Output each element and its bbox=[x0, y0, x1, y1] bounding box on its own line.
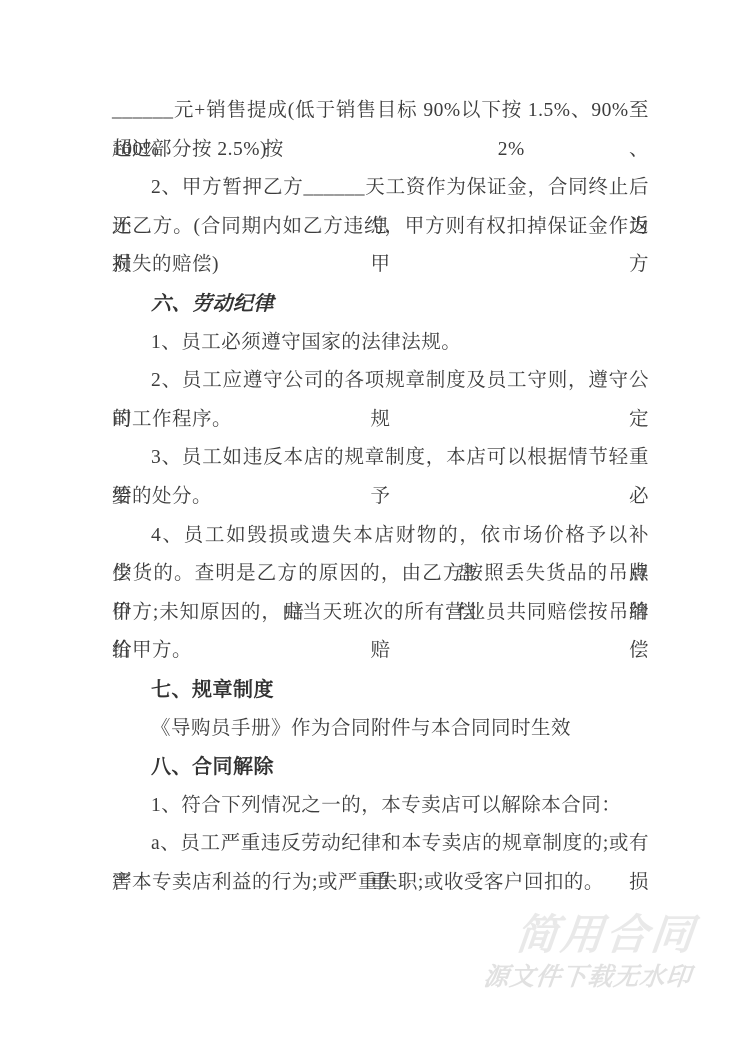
text-line: 2、员工应遵守公司的各项规章制度及员工守则，遵守公司规定 bbox=[112, 362, 649, 401]
section-heading: 六、劳动纪律 bbox=[112, 285, 649, 324]
text-line: 3、员工如违反本店的规章制度，本店可以根据情节轻重给予必 bbox=[112, 439, 649, 478]
watermark: 简用合同 源文件下载无水印 bbox=[482, 912, 698, 992]
paragraph: 3、员工如违反本店的规章制度，本店可以根据情节轻重给予必要的处分。 bbox=[112, 439, 649, 516]
paragraph: 2、员工应遵守公司的各项规章制度及员工守则，遵守公司规定的工作程序。 bbox=[112, 362, 649, 439]
text-line: 1、符合下列情况之一的，本专卖店可以解除本合同： bbox=[112, 787, 649, 826]
paragraph: a、员工严重违反劳动纪律和本专卖店的规章制度的;或有严重损害本专卖店利益的行为;… bbox=[112, 825, 649, 902]
text-line: 2、甲方暂押乙方______天工资作为保证金，合同终止后无息返 bbox=[112, 169, 649, 208]
text-line: 还乙方。(合同期内如乙方违约，甲方则有权扣掉保证金作为对甲方 bbox=[112, 208, 649, 247]
section-heading: 七、规章制度 bbox=[112, 671, 649, 710]
text-line: 八、合同解除 bbox=[112, 748, 649, 787]
text-line: 害本专卖店利益的行为;或严重失职;或收受客户回扣的。 bbox=[112, 864, 649, 903]
paragraph: 1、符合下列情况之一的，本专卖店可以解除本合同： bbox=[112, 787, 649, 826]
paragraph: 2、甲方暂押乙方______天工资作为保证金，合同终止后无息返还乙方。(合同期内… bbox=[112, 169, 649, 285]
paragraph: ______元+销售提成(低于销售目标 90%以下按 1.5%、90%至 100… bbox=[112, 92, 649, 169]
watermark-title: 简用合同 bbox=[486, 912, 699, 958]
paragraph: 《导购员手册》作为合同附件与本合同同时生效 bbox=[112, 710, 649, 749]
text-line: 甲方;未知原因的，由当天班次的所有营业员共同赔偿按吊牌价赔偿 bbox=[112, 594, 649, 633]
text-line: 《导购员手册》作为合同附件与本合同同时生效 bbox=[112, 710, 649, 749]
text-line: 少货的。查明是乙方的原因的，由乙方按照丢失货品的吊牌价赔偿给 bbox=[112, 555, 649, 594]
text-line: a、员工严重违反劳动纪律和本专卖店的规章制度的;或有严重损 bbox=[112, 825, 649, 864]
text-line: ______元+销售提成(低于销售目标 90%以下按 1.5%、90%至 100… bbox=[112, 92, 649, 131]
contract-body: ______元+销售提成(低于销售目标 90%以下按 1.5%、90%至 100… bbox=[112, 92, 649, 902]
watermark-subtitle: 源文件下载无水印 bbox=[482, 963, 693, 992]
text-line: 1、员工必须遵守国家的法律法规。 bbox=[112, 324, 649, 363]
section-heading: 八、合同解除 bbox=[112, 748, 649, 787]
text-line: 七、规章制度 bbox=[112, 671, 649, 710]
text-line: 4、员工如毁损或遗失本店财物的，依市场价格予以补偿。盘点 bbox=[112, 517, 649, 556]
text-line: 六、劳动纪律 bbox=[112, 285, 649, 324]
contract-page: ______元+销售提成(低于销售目标 90%以下按 1.5%、90%至 100… bbox=[0, 0, 742, 1049]
paragraph: 4、员工如毁损或遗失本店财物的，依市场价格予以补偿。盘点少货的。查明是乙方的原因… bbox=[112, 517, 649, 671]
paragraph: 1、员工必须遵守国家的法律法规。 bbox=[112, 324, 649, 363]
